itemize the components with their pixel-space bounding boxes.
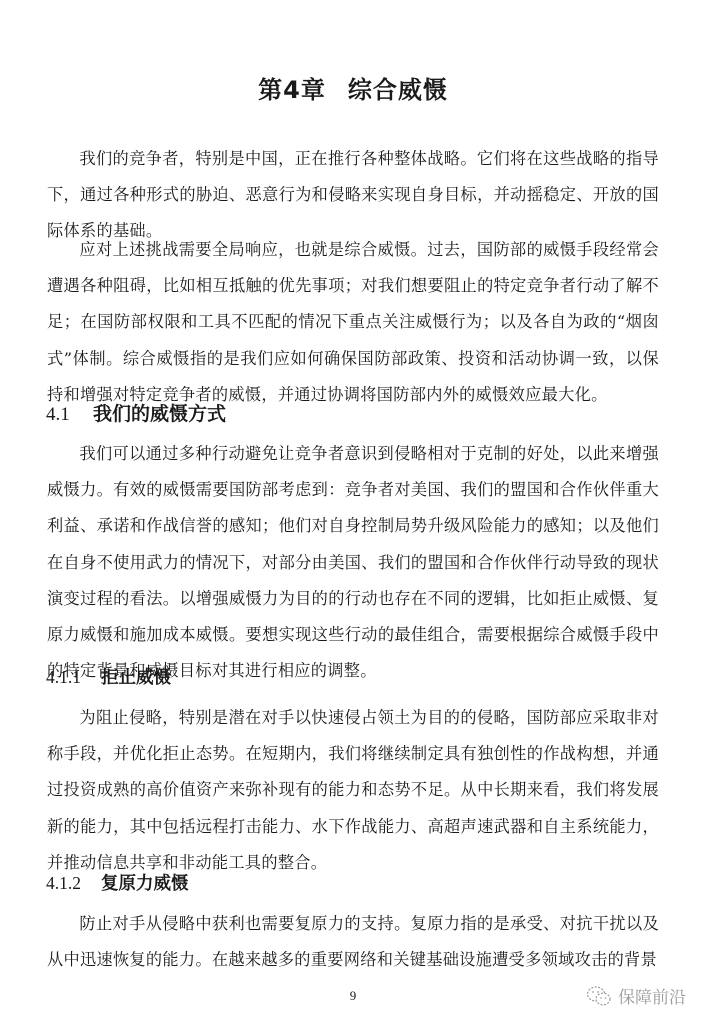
section-4-1-paragraph: 我们可以通过多种行动避免让竞争者意识到侵略相对于克制的好处，以此来增强威慑力。有… (47, 436, 659, 689)
chapter-name: 综合威慑 (348, 76, 448, 104)
section-heading-4-1-2: 4.1.2复原力威慑 (46, 870, 189, 895)
section-4-1-1-paragraph: 为阻止侵略，特别是潜在对手以快速侵占领土为目的的侵略，国防部应采取非对称手段，并… (47, 700, 659, 881)
wechat-icon (586, 985, 612, 1007)
section-heading-4-1-1: 4.1.1拒止威慑 (46, 664, 171, 689)
section-title: 复原力威慑 (101, 874, 189, 894)
section-heading-4-1: 4.1我们的威慑方式 (46, 399, 226, 426)
intro-paragraph-2: 应对上述挑战需要全局响应，也就是综合威慑。过去，国防部的威慑手段经常会遭遇各种阻… (47, 232, 659, 413)
section-number: 4.1 (46, 404, 93, 426)
section-4-1-2-paragraph: 防止对手从侵略中获利也需要复原力的支持。复原力指的是承受、对抗干扰以及从中迅速恢… (47, 906, 659, 978)
document-page: 第4章综合威慑 我们的竞争者，特别是中国，正在推行各种整体战略。它们将在这些战略… (0, 0, 706, 1026)
section-number: 4.1.1 (46, 667, 101, 688)
section-title: 拒止威慑 (101, 668, 171, 688)
watermark-text: 保障前沿 (618, 983, 686, 1008)
section-number: 4.1.2 (46, 873, 101, 894)
chapter-title: 第4章综合威慑 (0, 70, 706, 105)
section-title: 我们的威慑方式 (93, 403, 226, 425)
watermark: 保障前沿 (586, 983, 686, 1008)
chapter-number: 第4章 (258, 76, 326, 104)
